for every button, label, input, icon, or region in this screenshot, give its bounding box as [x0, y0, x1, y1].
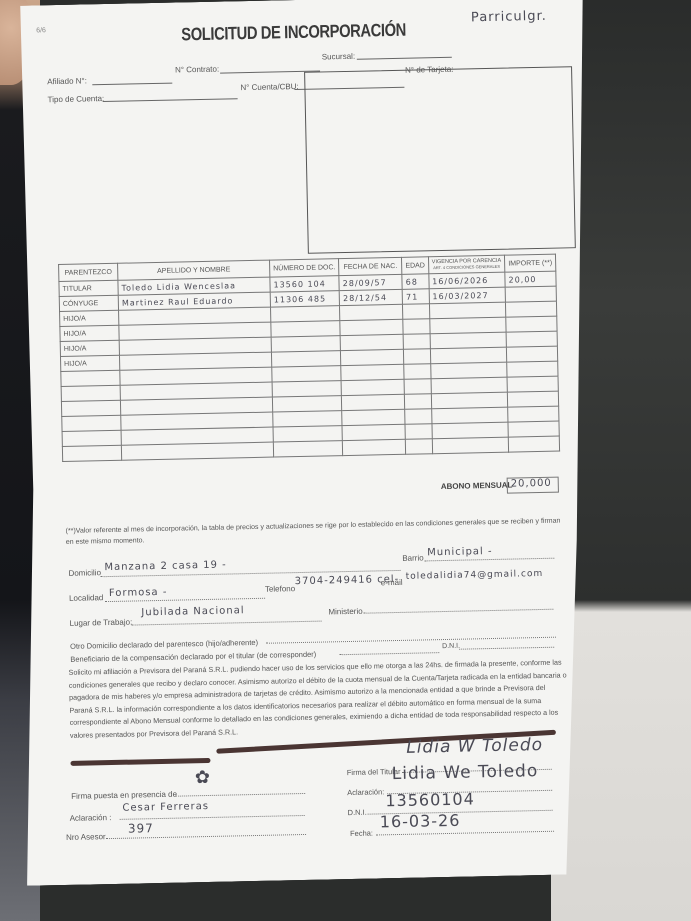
cell-parentezco — [61, 385, 120, 401]
table-cell[interactable] — [505, 286, 556, 302]
table-cell[interactable]: 71 — [402, 289, 429, 305]
table-cell[interactable] — [405, 424, 432, 440]
table-cell[interactable]: 13560 104 — [270, 276, 340, 292]
table-cell[interactable] — [506, 301, 557, 317]
table-cell[interactable] — [432, 422, 509, 439]
table-cell[interactable] — [341, 364, 404, 380]
cell-parentezco: TITULAR — [59, 280, 118, 296]
header-edad: EDAD — [402, 257, 429, 275]
table-cell[interactable] — [273, 441, 343, 457]
ministerio-label: Ministerio — [328, 607, 362, 617]
domicilio-label: Domicilio — [68, 568, 101, 578]
table-cell[interactable] — [273, 411, 343, 427]
table-cell[interactable] — [343, 439, 406, 455]
cell-parentezco — [61, 400, 120, 416]
contrato-label: N° Contrato: — [175, 65, 219, 75]
trabajo-label: Lugar de Trabajo: — [69, 618, 132, 628]
table-cell[interactable] — [430, 347, 507, 364]
table-cell[interactable] — [431, 392, 508, 409]
table-cell[interactable]: 20,00 — [505, 271, 556, 287]
table-cell[interactable] — [429, 317, 506, 334]
table-cell[interactable] — [403, 334, 430, 350]
form-page: 6/6 SOLICITUD DE INCORPORACIÓN Parriculg… — [0, 0, 691, 921]
table-cell[interactable] — [271, 351, 341, 367]
photo-box — [304, 66, 576, 254]
abono-label: ABONO MENSUAL — [441, 481, 513, 491]
cuenta-cbu-label: N° Cuenta/CBU: — [240, 82, 299, 92]
table-cell[interactable] — [340, 334, 403, 350]
dni-value: 13560104 — [385, 789, 475, 810]
dni-beneficiario-label: D.N.I. — [442, 643, 460, 650]
table-cell[interactable] — [507, 376, 558, 392]
table-cell[interactable] — [340, 304, 403, 320]
table-cell[interactable] — [429, 302, 506, 319]
table-cell[interactable] — [342, 409, 405, 425]
table-cell[interactable] — [430, 332, 507, 349]
fecha-value: 16-03-26 — [380, 811, 461, 832]
aclaracion-left-label: Aclaración : — [70, 813, 112, 823]
cell-parentezco — [61, 370, 120, 386]
header-vigencia: VIGENCIA POR CARENCIAART. 4 CONDICIONES … — [428, 255, 505, 274]
table-cell[interactable] — [507, 361, 558, 377]
table-cell[interactable] — [342, 394, 405, 410]
abono-value-box[interactable]: 20,000 — [507, 477, 559, 494]
members-table: PARENTEZCO APELLIDO Y NOMBRE NÚMERO DE D… — [58, 254, 560, 462]
asesor-value: 397 — [128, 821, 154, 836]
table-cell[interactable] — [405, 394, 432, 410]
cell-parentezco: CÓNYUGE — [59, 295, 118, 311]
table-cell[interactable] — [272, 396, 342, 412]
table-cell[interactable] — [431, 407, 508, 424]
table-cell[interactable] — [507, 391, 558, 407]
table-cell[interactable] — [406, 439, 433, 455]
table-cell[interactable]: 28/09/57 — [339, 274, 402, 290]
table-cell[interactable] — [271, 306, 341, 322]
abono-value: 20,000 — [511, 478, 552, 490]
localidad-label: Localidad — [69, 593, 103, 603]
handwritten-note: Parriculgr. — [471, 9, 547, 26]
legal-text: Solicito mi afiliación a Previsora del P… — [68, 656, 569, 741]
firma-titular-value: Lidia W Toledo — [406, 735, 543, 758]
cell-parentezco — [62, 430, 121, 446]
table-cell[interactable]: 11306 485 — [270, 291, 340, 307]
table-cell[interactable] — [432, 437, 509, 454]
aclaracion-right-label: Aclaración: — [347, 787, 384, 797]
table-cell[interactable] — [272, 366, 342, 382]
cell-parentezco: HIJO/A — [60, 310, 119, 326]
afiliado-label: Afiliado N°: — [47, 76, 87, 86]
header-documento: NÚMERO DE DOC. — [270, 259, 340, 277]
table-cell[interactable] — [272, 381, 342, 397]
sucursal-label: Sucursal: — [322, 52, 356, 62]
table-cell[interactable]: 28/12/54 — [339, 289, 402, 305]
asesor-label: Nro Asesor — [66, 832, 106, 842]
cell-parentezco: HIJO/A — [60, 325, 119, 341]
cell-parentezco: HIJO/A — [60, 340, 119, 356]
dni-label: D.N.I. — [348, 808, 367, 817]
table-cell[interactable]: 68 — [402, 274, 429, 290]
table-cell[interactable] — [341, 349, 404, 365]
table-cell[interactable] — [508, 421, 559, 437]
table-cell[interactable] — [341, 379, 404, 395]
cell-parentezco: HIJO/A — [60, 355, 119, 371]
page-number: 6/6 — [36, 27, 46, 34]
header-parentezco: PARENTEZCO — [59, 263, 118, 281]
table-cell[interactable] — [506, 316, 557, 332]
witness-signature: ✿ — [195, 767, 212, 788]
table-cell[interactable] — [508, 406, 559, 422]
table-cell[interactable] — [342, 424, 405, 440]
cell-parentezco — [62, 445, 121, 461]
table-cell[interactable] — [404, 379, 431, 395]
table-cell[interactable] — [431, 377, 508, 394]
table-cell[interactable]: 16/03/2027 — [429, 287, 506, 304]
table-cell[interactable] — [403, 319, 430, 335]
table-cell[interactable] — [121, 442, 273, 460]
localidad-value: Formosa - — [109, 587, 168, 599]
table-cell[interactable] — [508, 436, 559, 452]
header-fecha-nac: FECHA DE NAC. — [339, 257, 402, 275]
aclaracion-left-value: Cesar Ferreras — [122, 801, 209, 814]
table-cell[interactable] — [506, 331, 557, 347]
cell-parentezco — [62, 415, 121, 431]
table-cell[interactable] — [404, 364, 431, 380]
table-cell[interactable] — [430, 362, 507, 379]
table-cell[interactable] — [271, 336, 341, 352]
table-cell[interactable] — [506, 346, 557, 362]
aclaracion-right-value: Lidia We Toledo — [392, 761, 539, 784]
table-cell[interactable] — [404, 349, 431, 365]
tipo-cuenta-label: Tipo de Cuenta: — [48, 94, 105, 104]
table-cell[interactable] — [340, 319, 403, 335]
telefono-label: Telefono — [265, 584, 295, 594]
barrio-value: Municipal - — [427, 546, 493, 558]
fecha-label: Fecha: — [350, 829, 373, 838]
barrio-label: Barrio — [402, 553, 424, 562]
email-label: e-mail — [381, 578, 403, 587]
table-cell[interactable] — [273, 426, 343, 442]
header-importe: IMPORTE (**) — [505, 254, 556, 272]
trabajo-value: Jubilada Nacional — [141, 605, 244, 618]
table-cell[interactable] — [271, 321, 341, 337]
table-cell[interactable]: 16/06/2026 — [429, 272, 506, 289]
table-cell[interactable] — [405, 409, 432, 425]
table-cell[interactable] — [403, 304, 430, 320]
